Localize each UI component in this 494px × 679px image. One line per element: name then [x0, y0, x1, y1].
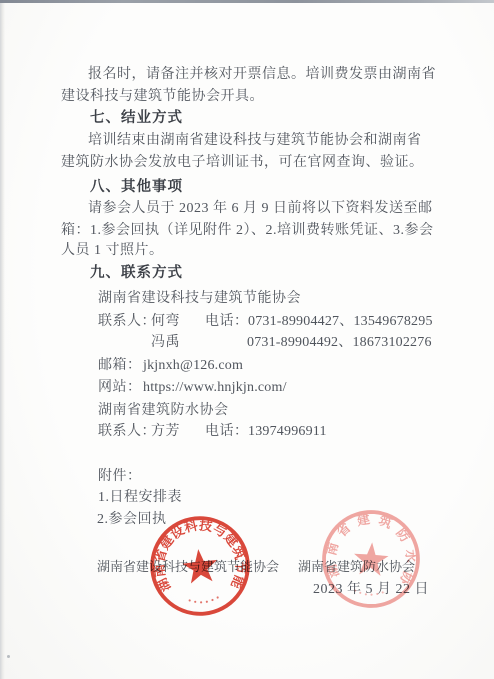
signature-date: 2023 年 5 月 22 日 [313, 579, 429, 601]
org2-person: 方芳 [151, 421, 180, 443]
org1-contact-label: 联系人： [98, 311, 156, 333]
body-line-materials-3: 人员 1 寸照片。 [61, 240, 164, 262]
body-line-invoice-1: 报名时，请备注并核对开票信息。培训费发票由湖南省 [88, 64, 436, 86]
attachment-item-1: 1.日程安排表 [98, 487, 182, 509]
section-heading-7: 七、结业方式 [90, 107, 183, 129]
org1-person1: 何弯 [151, 311, 180, 333]
org1-website-label: 网站： [98, 377, 142, 399]
org1-email: jkjnxh@126.com [143, 355, 243, 377]
section-heading-9: 九、联系方式 [90, 262, 183, 284]
org1-website: https://www.hnjkjn.com/ [143, 377, 287, 399]
org1-person2: 冯禹 [151, 332, 180, 354]
org2-phone: 13974996911 [248, 421, 327, 443]
attachment-item-2: 2.参会回执 [97, 509, 167, 531]
section-heading-8: 八、其他事项 [90, 176, 183, 198]
org1-phones2: 0731-89904492、18673102276 [247, 332, 432, 354]
org1-phones1: 0731-89904427、13549678295 [248, 311, 433, 333]
org1-phone-label: 电话： [205, 311, 249, 333]
body-line-certificate-1: 培训结束由湖南省建设科技与建筑节能协会和湖南省 [88, 130, 422, 152]
attachments-label: 附件： [98, 466, 142, 488]
scan-edge-left [0, 3, 5, 679]
body-line-materials-2: 箱：1.参会回执（详见附件 2）、2.培训费转账凭证、3.参会 [61, 220, 434, 242]
signature-org2: 湖南省建筑防水协会 [298, 556, 415, 578]
signature-org1: 湖南省建设科技与建筑节能协会 [97, 556, 279, 578]
body-line-invoice-2: 建设科技与建筑节能协会开具。 [61, 86, 264, 108]
scan-speck [7, 655, 10, 658]
seal-code-dots [188, 596, 219, 604]
scan-edge-top [0, 0, 494, 3]
scanned-document-page: 报名时，请备注并核对开票信息。培训费发票由湖南省 建设科技与建筑节能协会开具。 … [0, 0, 494, 679]
org1-email-label: 邮箱： [98, 355, 142, 377]
org2-phone-label: 电话： [205, 421, 249, 443]
org2-contact-label: 联系人： [98, 421, 156, 443]
org2-name: 湖南省建筑防水协会 [98, 400, 229, 422]
body-line-certificate-2: 建筑防水协会发放电子培训证书，可在官网查询、验证。 [61, 152, 424, 174]
body-line-materials-1: 请参会人员于 2023 年 6 月 9 日前将以下资料发送至邮 [88, 198, 433, 220]
org1-name: 湖南省建设科技与建筑节能协会 [98, 288, 301, 310]
